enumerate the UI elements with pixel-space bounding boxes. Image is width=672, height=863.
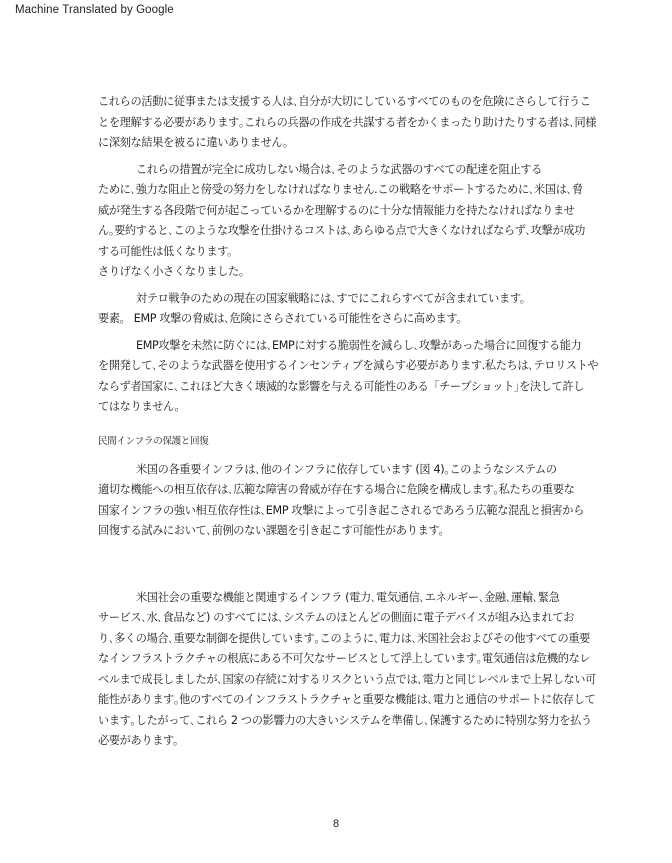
text-line: 威が発生する各段階で何が起こっているかを理解するのに十分な情報能力を持たなければ… (98, 201, 584, 222)
text-line: てはなりません。 (98, 397, 584, 418)
text-line: り､多くの場合､重要な制御を提供しています｡このように､電力は､米国社会およびそ… (98, 629, 584, 650)
text-line: 要素。 EMP 攻撃の脅威は､危険にさらされている可能性をさらに高めます。 (98, 309, 584, 330)
text-line: する可能性は低くなります。 (98, 242, 584, 263)
machine-translation-label: Machine Translated by Google (15, 4, 174, 16)
text-line: 能性があります｡他のすべてのインフラストラクチャと重要な機能は､電力と通信のサポ… (98, 690, 584, 711)
text-line: さりげなく小さくなりました。 (98, 262, 584, 283)
paragraph-national-strategy: 対テロ戦争のための現在の国家戦略には､すでにこれらすべてが含まれています。 要素… (98, 289, 584, 330)
text-line: います｡したがって､これら 2 つの影響力の大きいシステムを準備し､保護するため… (98, 711, 584, 732)
text-line: これらの措置が完全に成功しない場合は､そのような武器のすべての配達を阻止する (98, 160, 584, 181)
text-line: ベルまで成長しましたが､国家の存続に対するリスクという点では､電力と同じレベルま… (98, 670, 584, 691)
text-line: これらの活動に従事または支援する人は､自分が大切にしているすべてのものを危険にさ… (98, 92, 584, 113)
paragraph-interdependence: 米国の各重要インフラは､他のインフラに依存しています (図 4)｡このようなシス… (98, 460, 584, 542)
text-line: 適切な機能への相互依存は､広範な障害の脅威が存在する場合に危険を構成します｡私た… (98, 480, 584, 501)
text-line: ために､強力な阻止と傍受の努力をしなければなりません.この戦略をサポートするため… (98, 180, 584, 201)
text-line: 回復する試みにおいて､前例のない課題を引き起こす可能性があります。 (98, 521, 584, 542)
text-line: 対テロ戦争のための現在の国家戦略には､すでにこれらすべてが含まれています。 (98, 289, 584, 310)
text-line: とを理解する必要があります｡これらの兵器の作成を共謀する者をかくまったり助けたり… (98, 113, 584, 134)
text-line: 米国の各重要インフラは､他のインフラに依存しています (図 4)｡このようなシス… (98, 460, 584, 481)
text-line: ならず者国家に､これほど大きく壊滅的な影響を与える可能性のある「チープショット｣… (98, 377, 584, 398)
document-body: これらの活動に従事または支援する人は､自分が大切にしているすべてのものを危険にさ… (98, 92, 584, 752)
text-line: サービス､水､食品など) のすべてには､システムのほとんどの側面に電子デバイスが… (98, 608, 584, 629)
section-heading: 民間インフラの保護と回復 (98, 434, 584, 450)
text-line: を開発して､そのような武器を使用するインセンティブを減らす必要があります.私たち… (98, 356, 584, 377)
text-line: 必要があります。 (98, 731, 584, 752)
text-line: 国家インフラの強い相互依存性は､EMP 攻撃によって引き起こされるであろう広範な… (98, 501, 584, 522)
paragraph-interdiction: これらの措置が完全に成功しない場合は､そのような武器のすべての配達を阻止する た… (98, 160, 584, 283)
text-line: ん｡要約すると､このような攻撃を仕掛けるコストは､あらゆる点で大きくなければなら… (98, 221, 584, 242)
text-line: 米国社会の重要な機能と関連するインフラ (電力､電気通信､エネルギー､金融､運輸… (98, 588, 584, 609)
paragraph-emp-prevention: EMP攻撃を未然に防ぐには､EMPに対する脆弱性を減らし､攻撃があった場合に回復… (98, 336, 584, 418)
text-line: EMP攻撃を未然に防ぐには､EMPに対する脆弱性を減らし､攻撃があった場合に回復… (98, 336, 584, 357)
paragraph-electric-power: 米国社会の重要な機能と関連するインフラ (電力､電気通信､エネルギー､金融､運輸… (98, 588, 584, 752)
paragraph-consequences: これらの活動に従事または支援する人は､自分が大切にしているすべてのものを危険にさ… (98, 92, 584, 154)
page-number: 8 (0, 818, 672, 830)
text-line: に深刻な結果を被るに違いありません。 (98, 133, 584, 154)
text-line: なインフラストラクチャの根底にある不可欠なサービスとして浮上しています｡電気通信… (98, 649, 584, 670)
